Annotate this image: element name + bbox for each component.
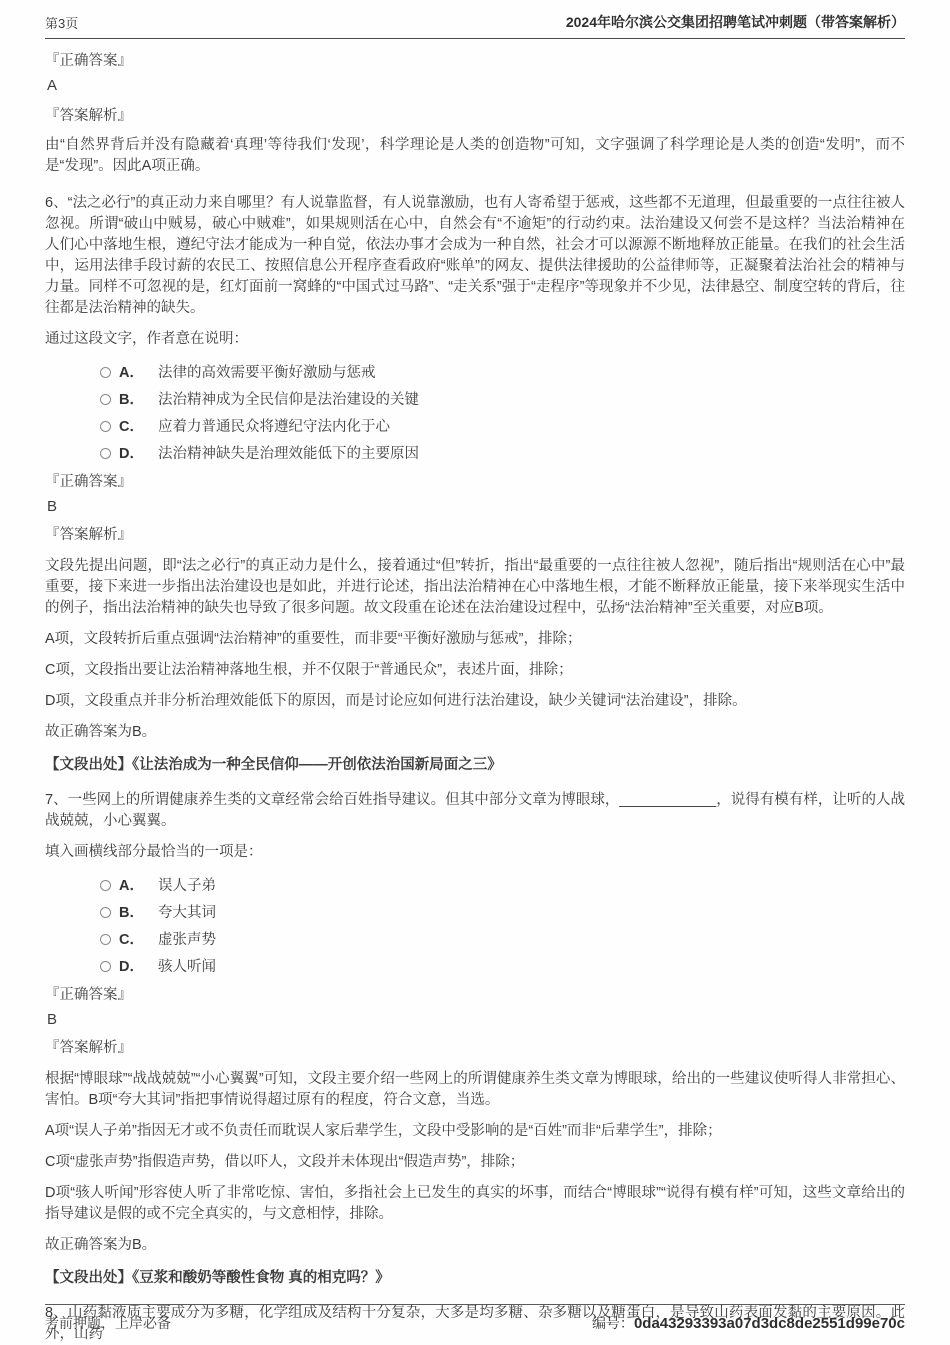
correct-answer-value: A — [47, 75, 905, 96]
radio-button-icon[interactable] — [100, 367, 111, 378]
page-number: 第3页 — [45, 13, 78, 32]
radio-button-icon[interactable] — [100, 934, 111, 945]
option-d[interactable]: D． 法治精神缺失是治理效能低下的主要原因 — [100, 439, 905, 466]
analysis-conclusion: 故正确答案为B。 — [45, 1235, 905, 1256]
footer-slogan: 考前押题，上岸必备 — [45, 1313, 171, 1333]
option-a[interactable]: A． 法律的高效需要平衡好激励与惩戒 — [100, 358, 905, 385]
analysis-paragraph: D项“骇人听闻”形容使人听了非常吃惊、害怕，多指社会上已发生的真实的坏事，而结合… — [45, 1183, 905, 1225]
correct-answer-label: 『正确答案』 — [45, 985, 905, 1006]
option-text: 夸大其词 — [158, 901, 216, 922]
page-footer: 考前押题，上岸必备 编号：0da43293393a07d3dc8de2551d9… — [45, 1304, 905, 1333]
option-c[interactable]: C． 虚张声势 — [100, 925, 905, 952]
question-7-prompt: 填入画横线部分最恰当的一项是： — [45, 842, 905, 863]
question-6-stem: 6、“法之必行”的真正动力来自哪里？有人说靠监督，有人说靠激励，也有人寄希望于惩… — [45, 193, 905, 319]
option-text: 应着力普通民众将遵纪守法内化于心 — [158, 415, 390, 436]
document-title: 2024年哈尔滨公交集团招聘笔试冲刺题（带答案解析） — [566, 12, 905, 32]
option-text: 法治精神缺失是治理效能低下的主要原因 — [158, 442, 419, 463]
radio-button-icon[interactable] — [100, 907, 111, 918]
option-letter: A． — [119, 361, 144, 382]
footer-id-value: 0da43293393a07d3dc8de2551d99e70c — [634, 1315, 905, 1332]
correct-answer-value: B — [47, 496, 905, 517]
question-7-stem: 7、一些网上的所谓健康养生类的文章经常会给百姓指导建议。但其中部分文章为博眼球，… — [45, 790, 905, 832]
analysis-paragraph: A项“误人子弟”指因无才或不负责任而耽误人家后辈学生，文段中受影响的是“百姓”而… — [45, 1121, 905, 1142]
radio-button-icon[interactable] — [100, 880, 111, 891]
analysis-paragraph: C项“虚张声势”指假造声势，借以吓人，文段并未体现出“假造声势”，排除； — [45, 1152, 905, 1173]
option-a[interactable]: A． 误人子弟 — [100, 871, 905, 898]
option-text: 骇人听闻 — [158, 955, 216, 976]
analysis-paragraph: 根据“博眼球”“战战兢兢”“小心翼翼”可知，文段主要介绍一些网上的所谓健康养生类… — [45, 1069, 905, 1111]
option-text: 虚张声势 — [158, 928, 216, 949]
analysis-paragraph: D项，文段重点并非分析治理效能低下的原因，而是讨论应如何进行法治建设，缺少关键词… — [45, 691, 905, 712]
option-text: 法律的高效需要平衡好激励与惩戒 — [158, 361, 376, 382]
question-6-options: A． 法律的高效需要平衡好激励与惩戒 B． 法治精神成为全民信仰是法治建设的关键… — [45, 358, 905, 466]
option-text: 法治精神成为全民信仰是法治建设的关键 — [158, 388, 419, 409]
radio-button-icon[interactable] — [100, 448, 111, 459]
correct-answer-label: 『正确答案』 — [45, 51, 905, 72]
option-c[interactable]: C． 应着力普通民众将遵纪守法内化于心 — [100, 412, 905, 439]
analysis-conclusion: 故正确答案为B。 — [45, 722, 905, 743]
option-letter: D． — [119, 442, 144, 463]
analysis-paragraph: C项，文段指出要让法治精神落地生根，并不仅限于“普通民众”，表述片面，排除； — [45, 660, 905, 681]
radio-button-icon[interactable] — [100, 961, 111, 972]
passage-source: 【文段出处】《让法治成为一种全民信仰——开创依法治国新局面之三》 — [45, 755, 905, 776]
radio-button-icon[interactable] — [100, 394, 111, 405]
option-letter: B． — [119, 901, 144, 922]
question-6-prompt: 通过这段文字，作者意在说明： — [45, 329, 905, 350]
passage-source: 【文段出处】《豆浆和酸奶等酸性食物 真的相克吗？》 — [45, 1268, 905, 1289]
analysis-paragraph: A项，文段转折后重点强调“法治精神”的重要性，而非要“平衡好激励与惩戒”，排除； — [45, 629, 905, 650]
option-d[interactable]: D． 骇人听闻 — [100, 952, 905, 979]
analysis-label: 『答案解析』 — [45, 1038, 905, 1059]
option-letter: B． — [119, 388, 144, 409]
footer-id-label: 编号： — [592, 1315, 634, 1331]
question-7-options: A． 误人子弟 B． 夸大其词 C． 虚张声势 D． 骇人听闻 — [45, 871, 905, 979]
option-letter: C． — [119, 928, 144, 949]
analysis-label: 『答案解析』 — [45, 525, 905, 546]
option-letter: C． — [119, 415, 144, 436]
option-letter: A． — [119, 874, 144, 895]
option-letter: D． — [119, 955, 144, 976]
option-b[interactable]: B． 夸大其词 — [100, 898, 905, 925]
correct-answer-label: 『正确答案』 — [45, 472, 905, 493]
correct-answer-value: B — [47, 1009, 905, 1030]
footer-document-id: 编号：0da43293393a07d3dc8de2551d99e70c — [592, 1313, 905, 1333]
radio-button-icon[interactable] — [100, 421, 111, 432]
analysis-paragraph: 由“自然界背后并没有隐藏着‘真理’等待我们‘发现’，科学理论是人类的创造物”可知… — [45, 135, 905, 177]
page-header: 第3页 2024年哈尔滨公交集团招聘笔试冲刺题（带答案解析） — [45, 0, 905, 39]
option-text: 误人子弟 — [158, 874, 216, 895]
analysis-paragraph: 文段先提出问题，即“法之必行”的真正动力是什么，接着通过“但”转折，指出“最重要… — [45, 556, 905, 619]
exam-document-page: 第3页 2024年哈尔滨公交集团招聘笔试冲刺题（带答案解析） 『正确答案』 A … — [0, 0, 950, 1345]
analysis-label: 『答案解析』 — [45, 106, 905, 127]
option-b[interactable]: B． 法治精神成为全民信仰是法治建设的关键 — [100, 385, 905, 412]
